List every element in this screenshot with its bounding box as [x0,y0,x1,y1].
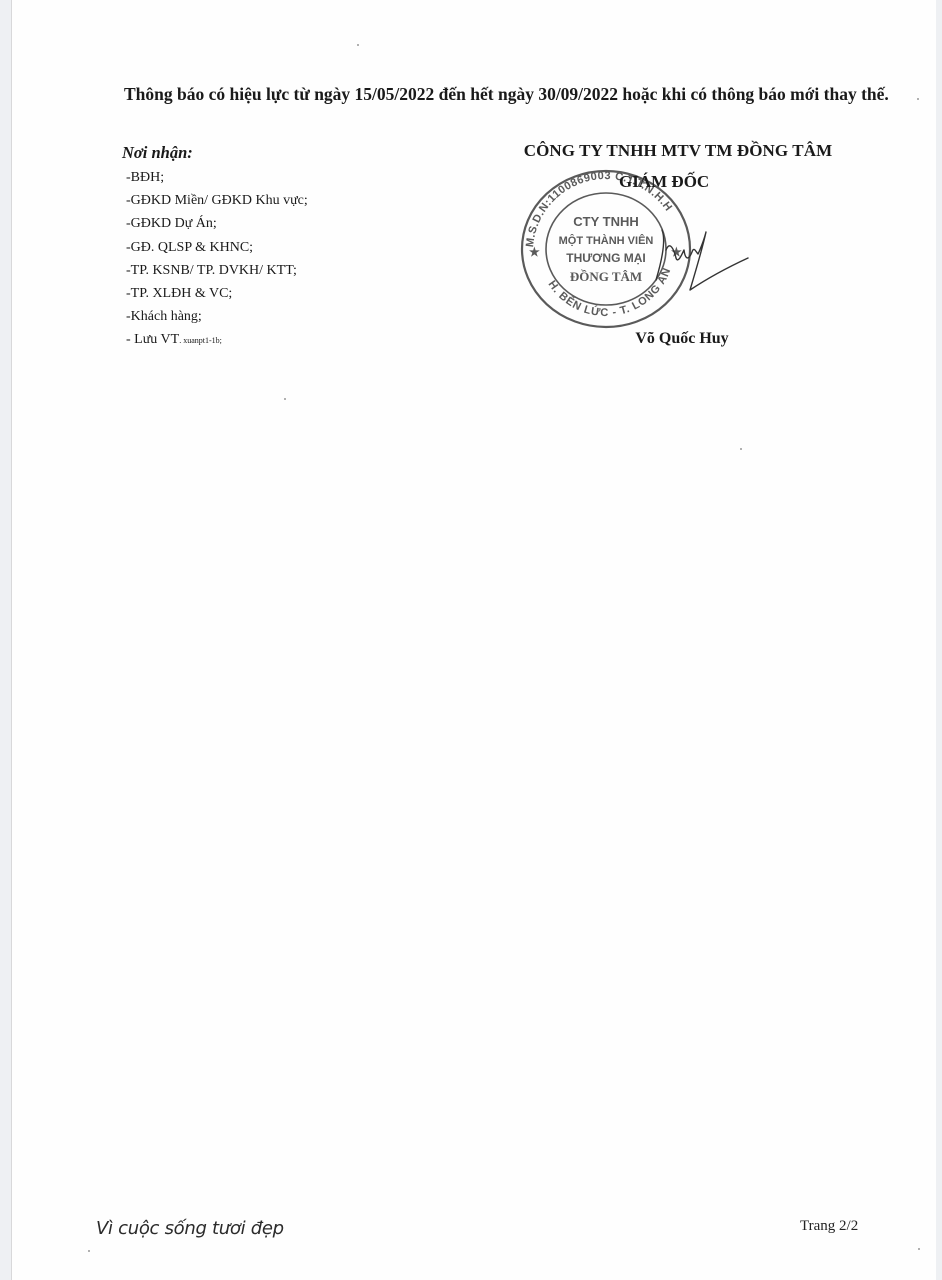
handwritten-signature [652,210,762,305]
recipient-item: -TP. XLĐH & VC; [126,282,308,305]
svg-text:CTY TNHH: CTY TNHH [573,214,638,229]
svg-text:★: ★ [529,245,540,259]
recipient-item: -Khách hàng; [126,305,308,328]
recipients-list: -BĐH; -GĐKD Miền/ GĐKD Khu vực; -GĐKD Dự… [126,166,308,353]
signer-position: GIÁM ĐỐC [619,172,709,192]
recipient-item: -GĐKD Dự Án; [126,212,308,235]
recipient-item: -GĐKD Miền/ GĐKD Khu vực; [126,189,308,212]
validity-notice: Thông báo có hiệu lực từ ngày 15/05/2022… [124,83,914,105]
footer-slogan: Vì cuộc sống tươi đẹp [96,1218,284,1239]
scan-speck [88,1250,90,1252]
page-number: Trang 2/2 [800,1218,858,1235]
archive-label: - Lưu VT [126,332,179,347]
recipient-item: -GĐ. QLSP & KHNC; [126,236,308,259]
recipients-heading: Nơi nhận: [122,143,193,163]
scan-speck [918,1248,920,1250]
recipient-item: -TP. KSNB/ TP. DVKH/ KTT; [126,259,308,282]
document-page: Thông báo có hiệu lực từ ngày 15/05/2022… [11,0,936,1280]
scan-speck [917,98,919,100]
svg-text:ĐỒNG TÂM: ĐỒNG TÂM [570,269,642,284]
company-name: CÔNG TY TNHH MTV TM ĐỒNG TÂM [498,141,858,161]
svg-text:THƯƠNG MẠI: THƯƠNG MẠI [566,251,646,265]
signer-name: Võ Quốc Huy [612,330,752,348]
recipient-archive: - Lưu VT. xuanpt1-1b; [126,328,308,352]
scan-speck [284,398,286,400]
archive-note: . xuanpt1-1b; [179,336,222,345]
svg-text:MỘT THÀNH VIÊN: MỘT THÀNH VIÊN [559,234,654,247]
scan-speck [740,448,742,450]
recipient-item: -BĐH; [126,166,308,189]
scan-speck [357,44,359,46]
